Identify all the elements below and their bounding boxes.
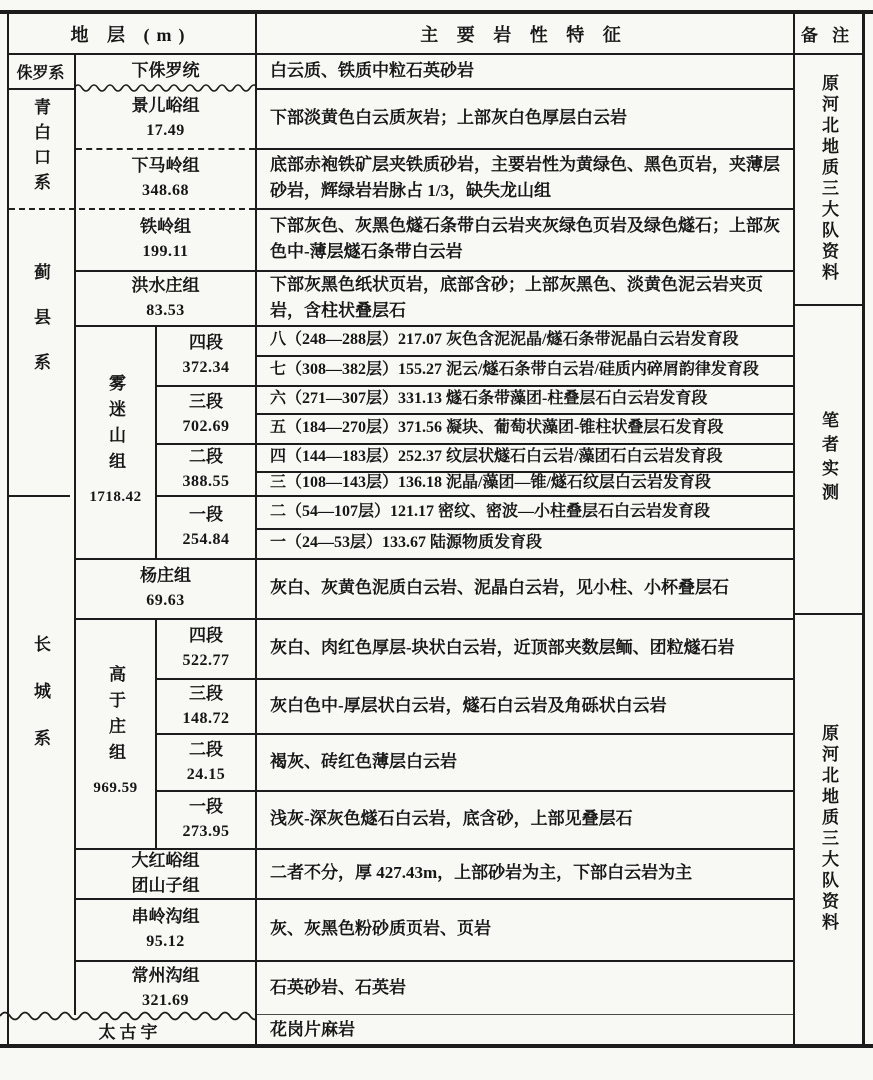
section-wumishan-2: 二段 388.55 <box>157 445 255 493</box>
formation-gaoyuzhuang: 高于庄组 969.59 <box>76 620 155 846</box>
formation-changzhougou: 常州沟组 321.69 <box>76 962 255 1013</box>
header-lithology: 主 要 岩 性 特 征 <box>255 14 793 53</box>
lith-dahongyu-tuanshanzi: 二者不分，厚 427.43m，上部砂岩为主，下部白云岩为主 <box>257 850 793 896</box>
formation-tieling: 铁岭组 199.11 <box>76 210 255 268</box>
lith-xiamaling: 底部赤袍铁矿层夹铁质砂岩，主要岩性为黄绿色、黑色页岩，夹薄层砂岩，辉绿岩岩脉占 … <box>257 150 793 206</box>
grid-line <box>257 1014 793 1015</box>
system-boundary-tick <box>8 495 70 497</box>
system-jixian: 蓟县系 <box>7 248 74 413</box>
member-row-8: 八（248—288层）217.07 灰色含泥泥晶/燧石条带泥晶白云岩发育段 <box>257 327 793 353</box>
system-qingbaikou: 青白口系 <box>7 92 74 204</box>
lith-chuanlinggou: 灰、灰黑色粉砂质页岩、页岩 <box>257 900 793 958</box>
lith-yangzhuang: 灰白、灰黄色泥质白云岩、泥晶白云岩，见小柱、小杯叠层石 <box>257 560 793 616</box>
lith-gaoyuzhuang-1: 浅灰-深灰色燧石白云岩，底含砂，上部见叠层石 <box>257 792 793 846</box>
lith-jingeryu: 下部淡黄色白云质灰岩；上部灰白色厚层白云岩 <box>257 90 793 146</box>
system-archean: 太古宇 <box>30 1017 230 1044</box>
lith-hongshuizhuang: 下部灰黑色纸状页岩，底部含砂；上部灰黑色、淡黄色泥云岩夹页岩，含柱状叠层石 <box>257 272 793 323</box>
lith-changzhougou: 石英砂岩、石英岩 <box>257 962 793 1013</box>
lith-lower-jurassic: 白云质、铁质中粒石英砂岩 <box>257 55 793 86</box>
formation-wumishan: 雾迷山组 1718.42 <box>76 327 155 556</box>
stratigraphic-table: 地 层 (m) 主 要 岩 性 特 征 备 注 侏罗系 青白口系 蓟县系 长城系… <box>0 0 873 1080</box>
header-remarks: 备 注 <box>793 14 862 53</box>
member-row-4: 四（144—183层）252.37 纹层状燧石白云岩/藻团石白云岩发育段 <box>257 445 793 469</box>
formation-hongshuizhuang: 洪水庄组 83.53 <box>76 272 255 323</box>
grid-line <box>7 88 74 90</box>
section-gaoyuzhuang-4: 四段 522.77 <box>157 620 255 676</box>
remark-lower: 原河北地质三大队资料 <box>795 615 862 1042</box>
remark-upper: 原河北地质三大队资料 <box>795 55 862 302</box>
section-wumishan-4: 四段 372.34 <box>157 327 255 383</box>
section-gaoyuzhuang-1: 一段 273.95 <box>157 792 255 846</box>
table-border-bottom <box>0 1044 873 1048</box>
section-gaoyuzhuang-3: 三段 148.72 <box>157 680 255 731</box>
remark-middle: 笔者实测 <box>795 306 862 611</box>
member-row-7: 七（308—382层）155.27 泥云/燧石条带白云岩/硅质内碎屑韵律发育段 <box>257 357 793 383</box>
table-border-right <box>862 14 865 1044</box>
lith-gaoyuzhuang-3: 灰白色中-厚层状白云岩，燧石白云岩及角砾状白云岩 <box>257 680 793 731</box>
lith-archean: 花岗片麻岩 <box>257 1016 793 1043</box>
member-row-3: 三（108—143层）136.18 泥晶/藻团—锥/燧石纹层白云岩发育段 <box>257 473 793 493</box>
section-wumishan-3: 三段 702.69 <box>157 387 255 441</box>
header-strata: 地 层 (m) <box>7 14 255 53</box>
formation-dahongyu-tuanshanzi: 大红峪组 团山子组 <box>76 850 255 896</box>
formation-lower-jurassic: 下侏罗统 <box>76 55 255 86</box>
lith-gaoyuzhuang-4: 灰白、肉红色厚层-块状白云岩，近顶部夹数层鲕、团粒燧石岩 <box>257 620 793 676</box>
lith-tieling: 下部灰色、灰黑色燧石条带白云岩夹灰绿色页岩及绿色燧石；上部灰色中-薄层燧石条带白… <box>257 210 793 268</box>
formation-jingeryu: 景儿峪组 17.49 <box>76 90 255 146</box>
section-wumishan-1: 一段 254.84 <box>157 497 255 556</box>
formation-xiamaling: 下马岭组 348.68 <box>76 150 255 206</box>
formation-chuanlinggou: 串岭沟组 95.12 <box>76 900 255 958</box>
member-row-2: 二（54—107层）121.17 密纹、密波—小柱叠层石白云岩发育段 <box>257 497 793 526</box>
lith-gaoyuzhuang-2: 褐灰、砖红色薄层白云岩 <box>257 735 793 788</box>
section-gaoyuzhuang-2: 二段 24.15 <box>157 735 255 788</box>
formation-yangzhuang: 杨庄组 69.63 <box>76 560 255 616</box>
member-row-5: 五（184—270层）371.56 凝块、葡萄状藻团-锥柱状叠层石发育段 <box>257 415 793 441</box>
system-jurassic: 侏罗系 <box>7 55 74 88</box>
system-changcheng: 长城系 <box>7 625 74 785</box>
member-row-1: 一（24—53层）133.67 陆源物质发育段 <box>257 530 793 556</box>
member-row-6: 六（271—307层）331.13 燧石条带藻团-柱叠层石白云岩发育段 <box>257 387 793 411</box>
